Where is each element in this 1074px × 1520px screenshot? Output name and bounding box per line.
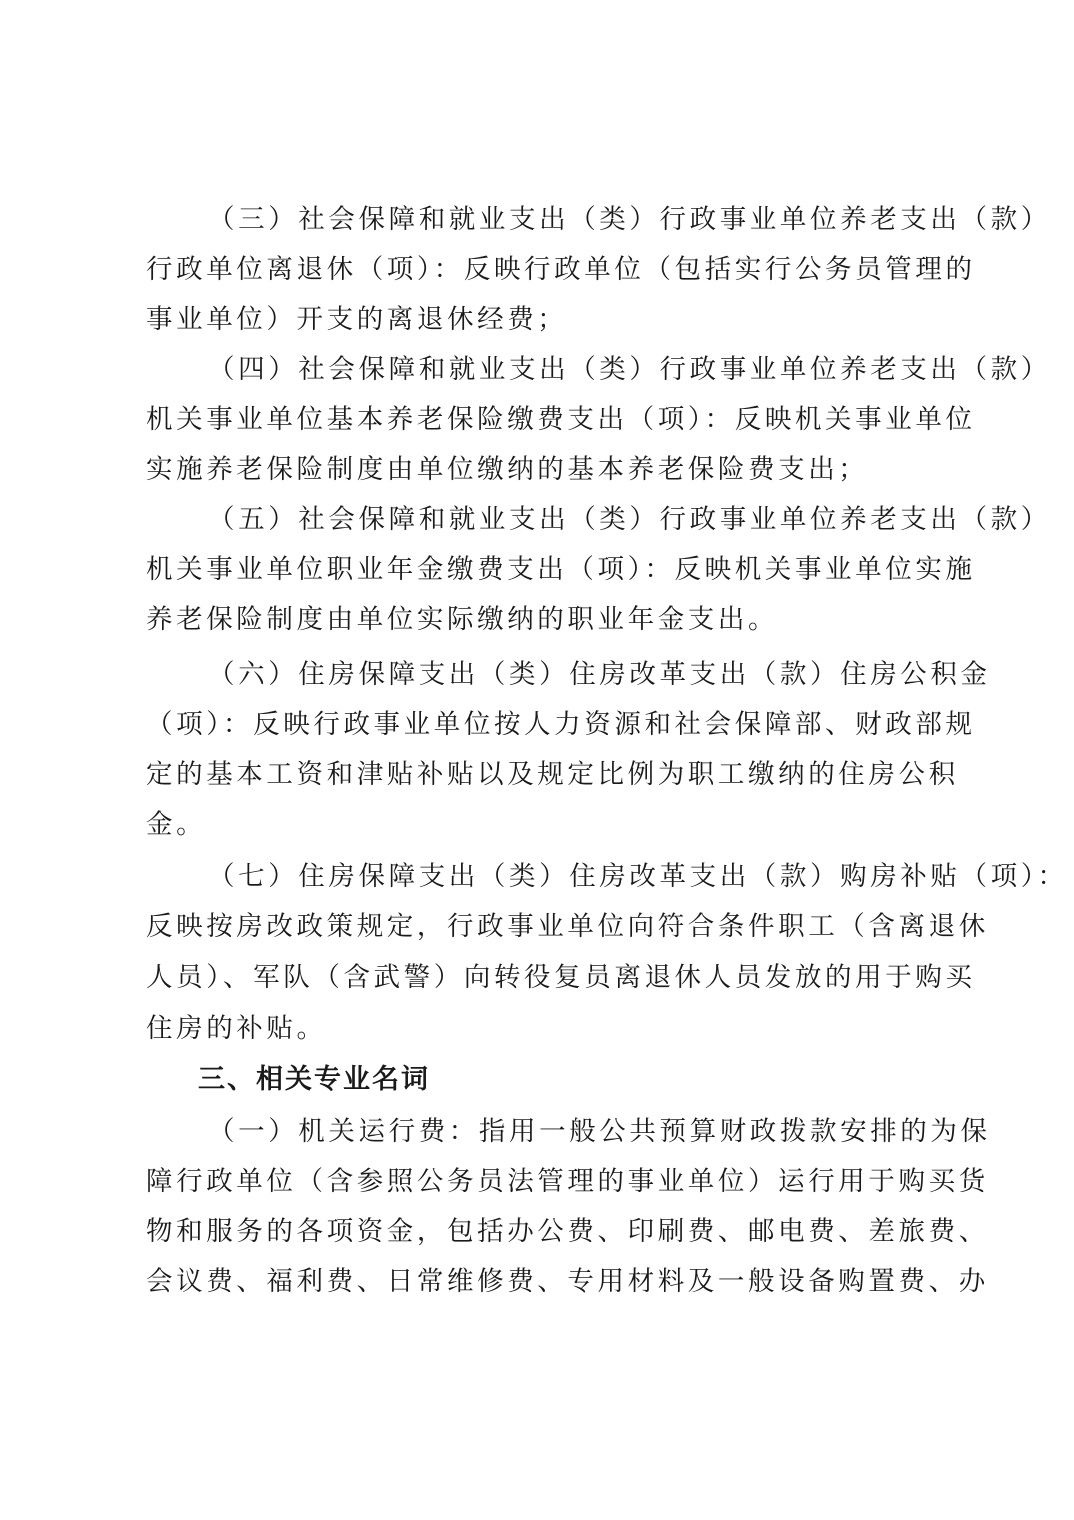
paragraph-3-line-3: 事业单位）开支的离退休经费； — [146, 300, 946, 340]
paragraph-6-line-3: 定的基本工资和津贴补贴以及规定比例为职工缴纳的住房公积 — [146, 755, 946, 795]
text-run: （六）住房保障支出（类）住房改革支出（款）住房公积金 — [208, 659, 991, 690]
text-run: （一）机关运行费：指用一般公共预算财政拨款安排的为保 — [208, 1116, 991, 1147]
term-1-line-1: （一）机关运行费：指用一般公共预算财政拨款安排的为保 — [146, 1112, 946, 1152]
paragraph-7-line-2: 反映按房改政策规定，行政事业单位向符合条件职工（含离退休 — [146, 907, 946, 947]
paragraph-5-line-3: 养老保险制度由单位实际缴纳的职业年金支出。 — [146, 600, 946, 640]
text-run: （四）社会保障和就业支出（类）行政事业单位养老支出（款） — [208, 354, 1051, 385]
term-1-line-4: 会议费、福利费、日常维修费、专用材料及一般设备购置费、办 — [146, 1262, 946, 1302]
paragraph-5-line-2: 机关事业单位职业年金缴费支出（项）：反映机关事业单位实施 — [146, 550, 946, 590]
term-1-line-3: 物和服务的各项资金，包括办公费、印刷费、邮电费、差旅费、 — [146, 1212, 946, 1252]
text-run: （七）住房保障支出（类）住房改革支出（款）购房补贴（项）： — [208, 861, 1068, 892]
paragraph-3-line-2: 行政单位离退休（项）：反映行政单位（包括实行公务员管理的 — [146, 250, 946, 290]
paragraph-4-line-2: 机关事业单位基本养老保险缴费支出（项）：反映机关事业单位 — [146, 400, 946, 440]
paragraph-6-line-1: （六）住房保障支出（类）住房改革支出（款）住房公积金 — [146, 655, 946, 695]
section-heading: 三、相关专业名词 — [198, 1060, 430, 1100]
paragraph-5-line-1: （五）社会保障和就业支出（类）行政事业单位养老支出（款） — [146, 500, 946, 540]
document-page: （三）社会保障和就业支出（类）行政事业单位养老支出（款） 行政单位离退休（项）：… — [0, 0, 1074, 1520]
text-run: （三）社会保障和就业支出（类）行政事业单位养老支出（款） — [208, 204, 1051, 235]
paragraph-7-line-3: 人员）、军队（含武警）向转役复员离退休人员发放的用于购买 — [146, 958, 946, 998]
paragraph-4-line-1: （四）社会保障和就业支出（类）行政事业单位养老支出（款） — [146, 350, 946, 390]
paragraph-4-line-3: 实施养老保险制度由单位缴纳的基本养老保险费支出； — [146, 450, 946, 490]
paragraph-7-line-1: （七）住房保障支出（类）住房改革支出（款）购房补贴（项）： — [146, 857, 946, 897]
paragraph-6-line-2: （项）：反映行政事业单位按人力资源和社会保障部、财政部规 — [146, 705, 946, 745]
text-run: （五）社会保障和就业支出（类）行政事业单位养老支出（款） — [208, 504, 1051, 535]
term-1-line-2: 障行政单位（含参照公务员法管理的事业单位）运行用于购买货 — [146, 1162, 946, 1202]
paragraph-6-line-4: 金。 — [146, 805, 946, 845]
paragraph-3-line-1: （三）社会保障和就业支出（类）行政事业单位养老支出（款） — [146, 200, 946, 240]
paragraph-7-line-4: 住房的补贴。 — [146, 1009, 946, 1049]
